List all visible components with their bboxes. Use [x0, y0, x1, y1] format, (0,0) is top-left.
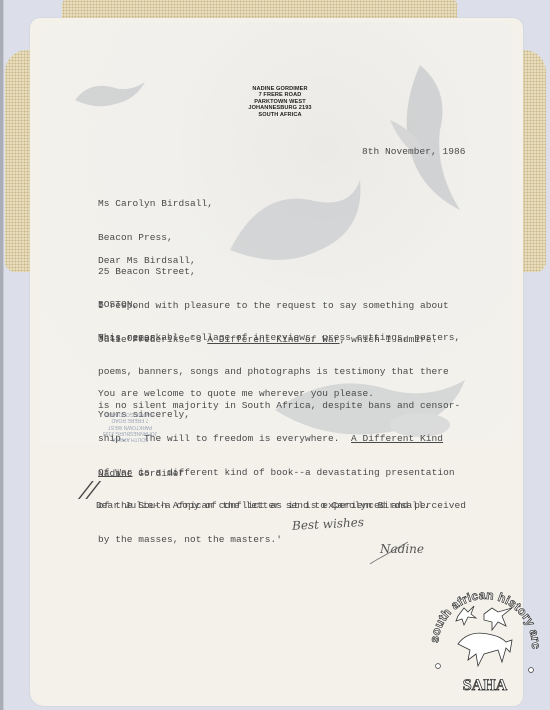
paragraph-3: You are welcome to quote me wherever you…	[98, 388, 374, 399]
salutation: Dear Ms Birdsall,	[98, 255, 196, 266]
address-line: Ms Carolyn Birdsall,	[98, 198, 213, 209]
handwritten-signature: Nadine	[380, 542, 424, 556]
text-line: poems, banners, songs and photographs is…	[98, 366, 466, 377]
letter-date: 8th November, 1986	[362, 146, 466, 157]
letterhead: NADINE GORDIMER 7 FRERE ROAD PARKTOWN WE…	[220, 86, 340, 118]
bird-watermark-icon	[370, 60, 480, 220]
address-rubber-stamp: SOUTH AFRICA JOHANNESBURG 2193 PARKTOWN …	[100, 411, 160, 442]
bird-watermark-icon	[70, 70, 150, 120]
saha-archive-stamp: south african history archive SAHA	[424, 574, 546, 700]
stamp-line: PARKTOWN WEST	[100, 423, 160, 429]
stamp-line: JOHANNESBURG 2193	[100, 430, 160, 436]
letterhead-line: SOUTH AFRICA	[220, 112, 340, 118]
address-line: 25 Beacon Street,	[98, 266, 213, 277]
saha-acronym: SAHA	[463, 677, 508, 694]
scan-edge-shadow	[3, 0, 4, 710]
address-line: Beacon Press,	[98, 232, 213, 243]
text-line: This remarkable collage of interviews, p…	[98, 332, 466, 343]
typed-signature-name: Nadine Gordimer	[98, 468, 184, 479]
book-title: A Different Kind	[351, 433, 443, 444]
saha-logo-icon: south african history archive SAHA	[424, 574, 546, 700]
stamp-line: SOUTH AFRICA	[100, 436, 160, 442]
stamp-line: NADINE GORDIMER	[100, 411, 160, 417]
postscript: Dear Julie--a copy of the letter send to…	[96, 500, 430, 511]
bird-watermark-icon	[220, 170, 370, 280]
